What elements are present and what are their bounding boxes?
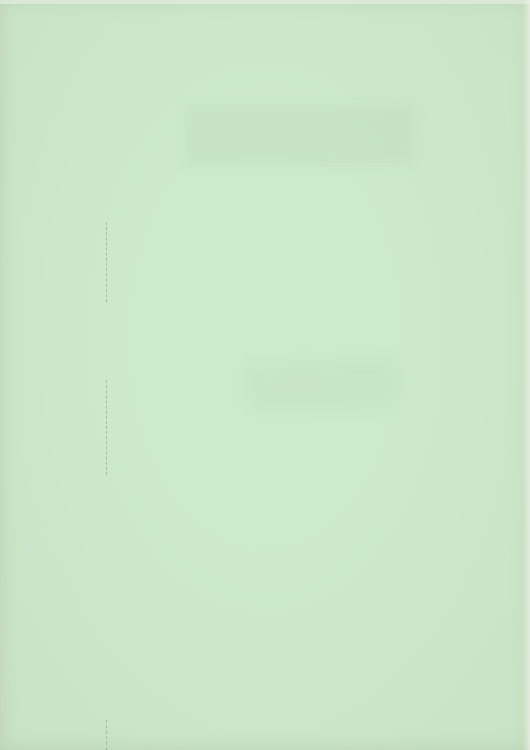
paper-edge-top [0, 0, 530, 4]
paper-edge-right [522, 0, 530, 750]
binding-margin-mark [106, 222, 107, 302]
binding-margin-mark [106, 380, 107, 475]
scanned-page [0, 0, 530, 750]
bleed-through-mark [245, 360, 395, 410]
binding-margin-mark [106, 720, 107, 750]
bleed-through-mark [185, 105, 415, 165]
